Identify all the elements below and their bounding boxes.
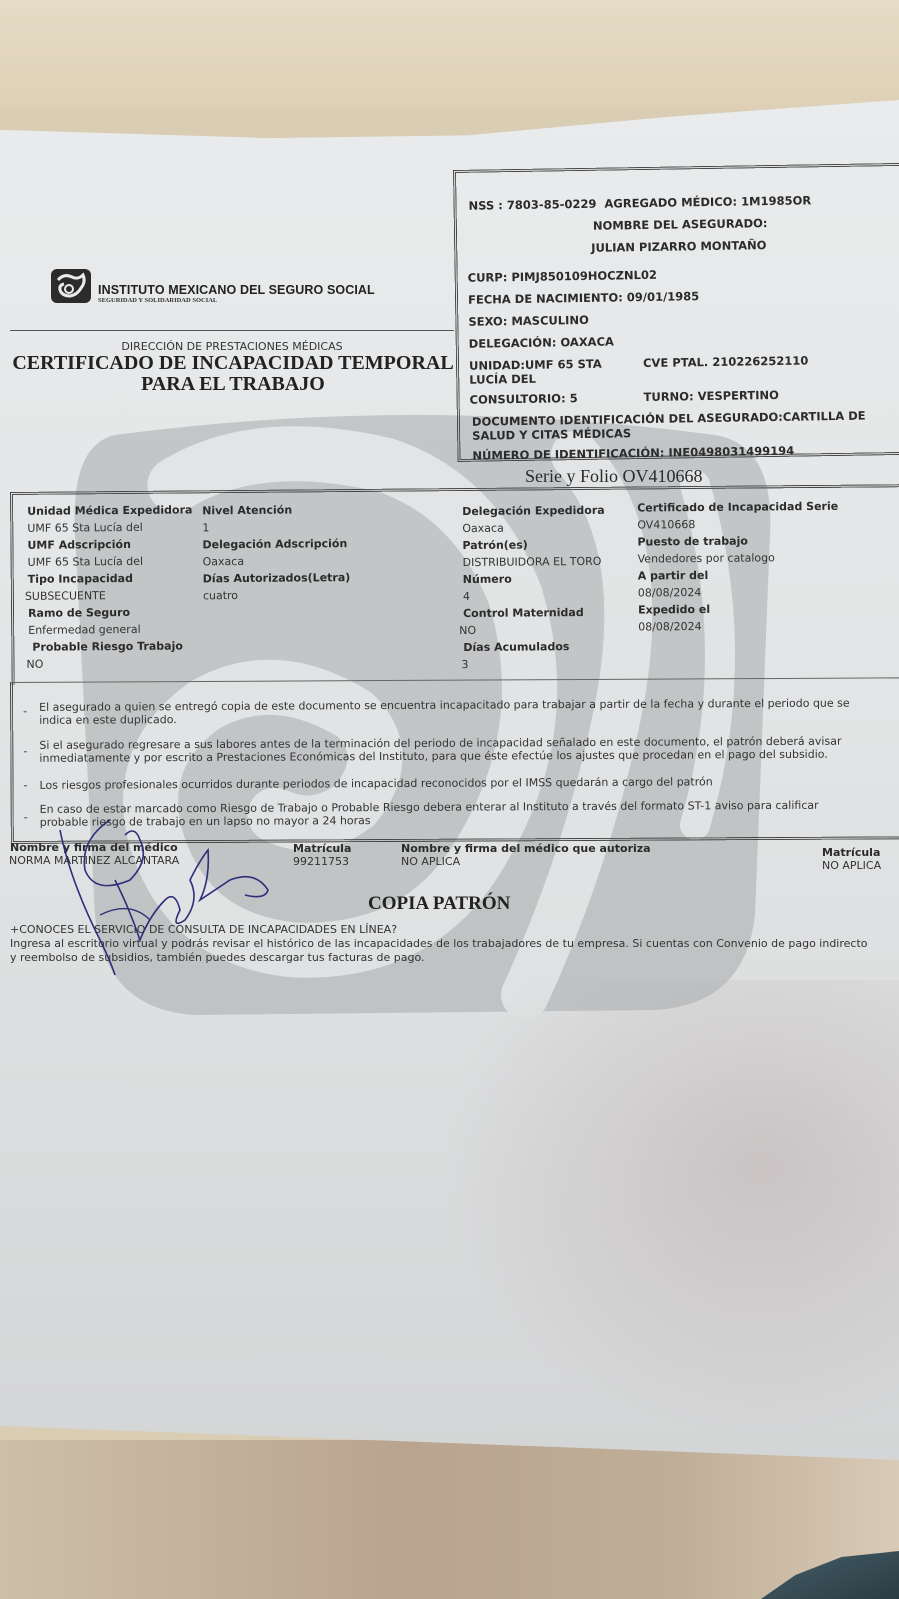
detail-value: DISTRIBUIDORA EL TORO xyxy=(463,555,602,569)
imss-logo-icon xyxy=(50,268,92,304)
detail-value: Oaxaca xyxy=(203,555,245,568)
patient-info-box: NSS : 7803-85-0229 AGREGADO MÉDICO: 1M19… xyxy=(453,163,899,462)
certificate-details: Unidad Médica Expedidora UMF 65 Sta Lucí… xyxy=(10,484,899,685)
id-number-field: NÚMERO DE IDENTIFICACIÓN: INE04980314991… xyxy=(472,444,794,463)
detail-label: UMF Adscripción xyxy=(27,538,131,552)
bullet: - xyxy=(23,705,27,718)
authorizer-name: NO APLICA xyxy=(401,855,460,868)
detail-value: NO xyxy=(459,624,476,637)
detail-value: UMF 65 Sta Lucía del xyxy=(27,521,143,535)
legal-notes: - El asegurado a quien se entregó copia … xyxy=(10,677,899,844)
birthdate-field: FECHA DE NACIMIENTO: 09/01/1985 xyxy=(468,289,699,307)
detail-label: Días Acumulados xyxy=(463,640,569,654)
id-number-value: INE0498031499194 xyxy=(668,444,794,460)
cve-ptal-field: CVE PTAL. 210226252110 xyxy=(643,353,808,370)
handwritten-signature-icon xyxy=(40,820,290,980)
delegation-field: DELEGACIÓN: OAXACA xyxy=(469,334,614,350)
cve-ptal-value: 210226252110 xyxy=(712,353,808,369)
institution-name: INSTITUTO MEXICANO DEL SEGURO SOCIAL xyxy=(98,283,375,297)
matricula2-value: NO APLICA xyxy=(822,859,881,872)
detail-value: 08/08/2024 xyxy=(638,586,702,600)
curp-field: CURP: PIMJ850109HOCZNL02 xyxy=(468,268,657,285)
birthdate-value: 09/01/1985 xyxy=(627,289,700,304)
detail-value: 08/08/2024 xyxy=(638,620,702,634)
note-item: Si el asegurado regresare a sus labores … xyxy=(39,734,899,765)
id-document-field: DOCUMENTO IDENTIFICACIÓN DEL ASEGURADO:C… xyxy=(472,409,866,443)
institution-tagline: SEGURIDAD Y SOLIDARIDAD SOCIAL xyxy=(98,297,217,304)
matricula2-label: Matrícula xyxy=(822,846,880,859)
detail-label: Delegación Adscripción xyxy=(202,537,347,551)
detail-value: OV410668 xyxy=(637,518,695,532)
insured-name: JULIAN PIZARRO MONTAÑO xyxy=(591,238,766,255)
detail-value: Oaxaca xyxy=(462,522,504,535)
nss-field: NSS : 7803-85-0229 AGREGADO MÉDICO: 1M19… xyxy=(468,193,811,212)
serie-folio: Serie y Folio OV410668 xyxy=(525,466,703,487)
nss-value: 7803-85-0229 xyxy=(507,197,597,212)
bullet: - xyxy=(24,779,28,792)
shift-value: VESPERTINO xyxy=(698,388,779,403)
sex-value: MASCULINO xyxy=(511,313,589,328)
delegation-value: OAXACA xyxy=(560,334,614,349)
detail-label: A partir del xyxy=(638,569,709,583)
detail-label: Unidad Médica Expedidora xyxy=(27,503,192,517)
detail-value: NO xyxy=(26,658,43,671)
sex-field: SEXO: MASCULINO xyxy=(468,313,589,329)
detail-label: Ramo de Seguro xyxy=(28,606,130,620)
detail-label: Certificado de Incapacidad Serie xyxy=(637,500,838,515)
certificate-title: CERTIFICADO DE INCAPACIDAD TEMPORAL PARA… xyxy=(10,353,456,395)
detail-label: Días Autorizados(Letra) xyxy=(203,571,351,585)
note-item: El asegurado a quien se entregó copia de… xyxy=(39,696,899,727)
unit-field: UNIDAD:UMF 65 STA LUCÍA DEL xyxy=(469,357,602,387)
detail-value: Enfermedad general xyxy=(28,623,140,637)
curp-value: PIMJ850109HOCZNL02 xyxy=(511,268,657,284)
detail-value: 3 xyxy=(461,658,468,671)
detail-value: 1 xyxy=(202,521,209,534)
copy-type-title: COPIA PATRÓN xyxy=(368,893,510,915)
detail-label: Patrón(es) xyxy=(462,538,527,552)
certificate-title-line1: CERTIFICADO DE INCAPACIDAD TEMPORAL xyxy=(10,353,456,374)
divider xyxy=(10,330,454,331)
authorizer-label: Nombre y firma del médico que autoriza xyxy=(401,842,651,855)
insured-name-label: NOMBRE DEL ASEGURADO: xyxy=(593,216,768,233)
detail-value: SUBSECUENTE xyxy=(25,589,106,603)
bullet: - xyxy=(23,745,27,758)
detail-value: 4 xyxy=(463,590,470,603)
detail-label: Probable Riesgo Trabajo xyxy=(32,639,183,653)
office-field: CONSULTORIO: 5 xyxy=(470,391,578,407)
detail-label: Nivel Atención xyxy=(202,504,292,518)
detail-label: Tipo Incapacidad xyxy=(28,572,133,586)
matricula-label: Matrícula xyxy=(293,842,351,855)
detail-value: cuatro xyxy=(203,589,238,602)
detail-label: Delegación Expedidora xyxy=(462,504,605,518)
detail-label: Puesto de trabajo xyxy=(637,535,748,549)
shift-field: TURNO: VESPERTINO xyxy=(643,388,778,404)
note-item: Los riesgos profesionales ocurridos dura… xyxy=(40,774,899,792)
matricula-value: 99211753 xyxy=(293,855,349,868)
detail-label: Control Maternidad xyxy=(463,606,584,620)
agregado-value: 1M1985OR xyxy=(741,193,811,208)
bullet: - xyxy=(24,811,28,824)
detail-label: Expedido el xyxy=(638,603,710,617)
detail-value: Vendedores por catalogo xyxy=(638,551,775,565)
certificate-title-line2: PARA EL TRABAJO xyxy=(10,374,456,395)
office-value: 5 xyxy=(570,391,578,405)
detail-label: Número xyxy=(463,573,512,586)
detail-value: UMF 65 Sta Lucía del xyxy=(28,555,144,569)
